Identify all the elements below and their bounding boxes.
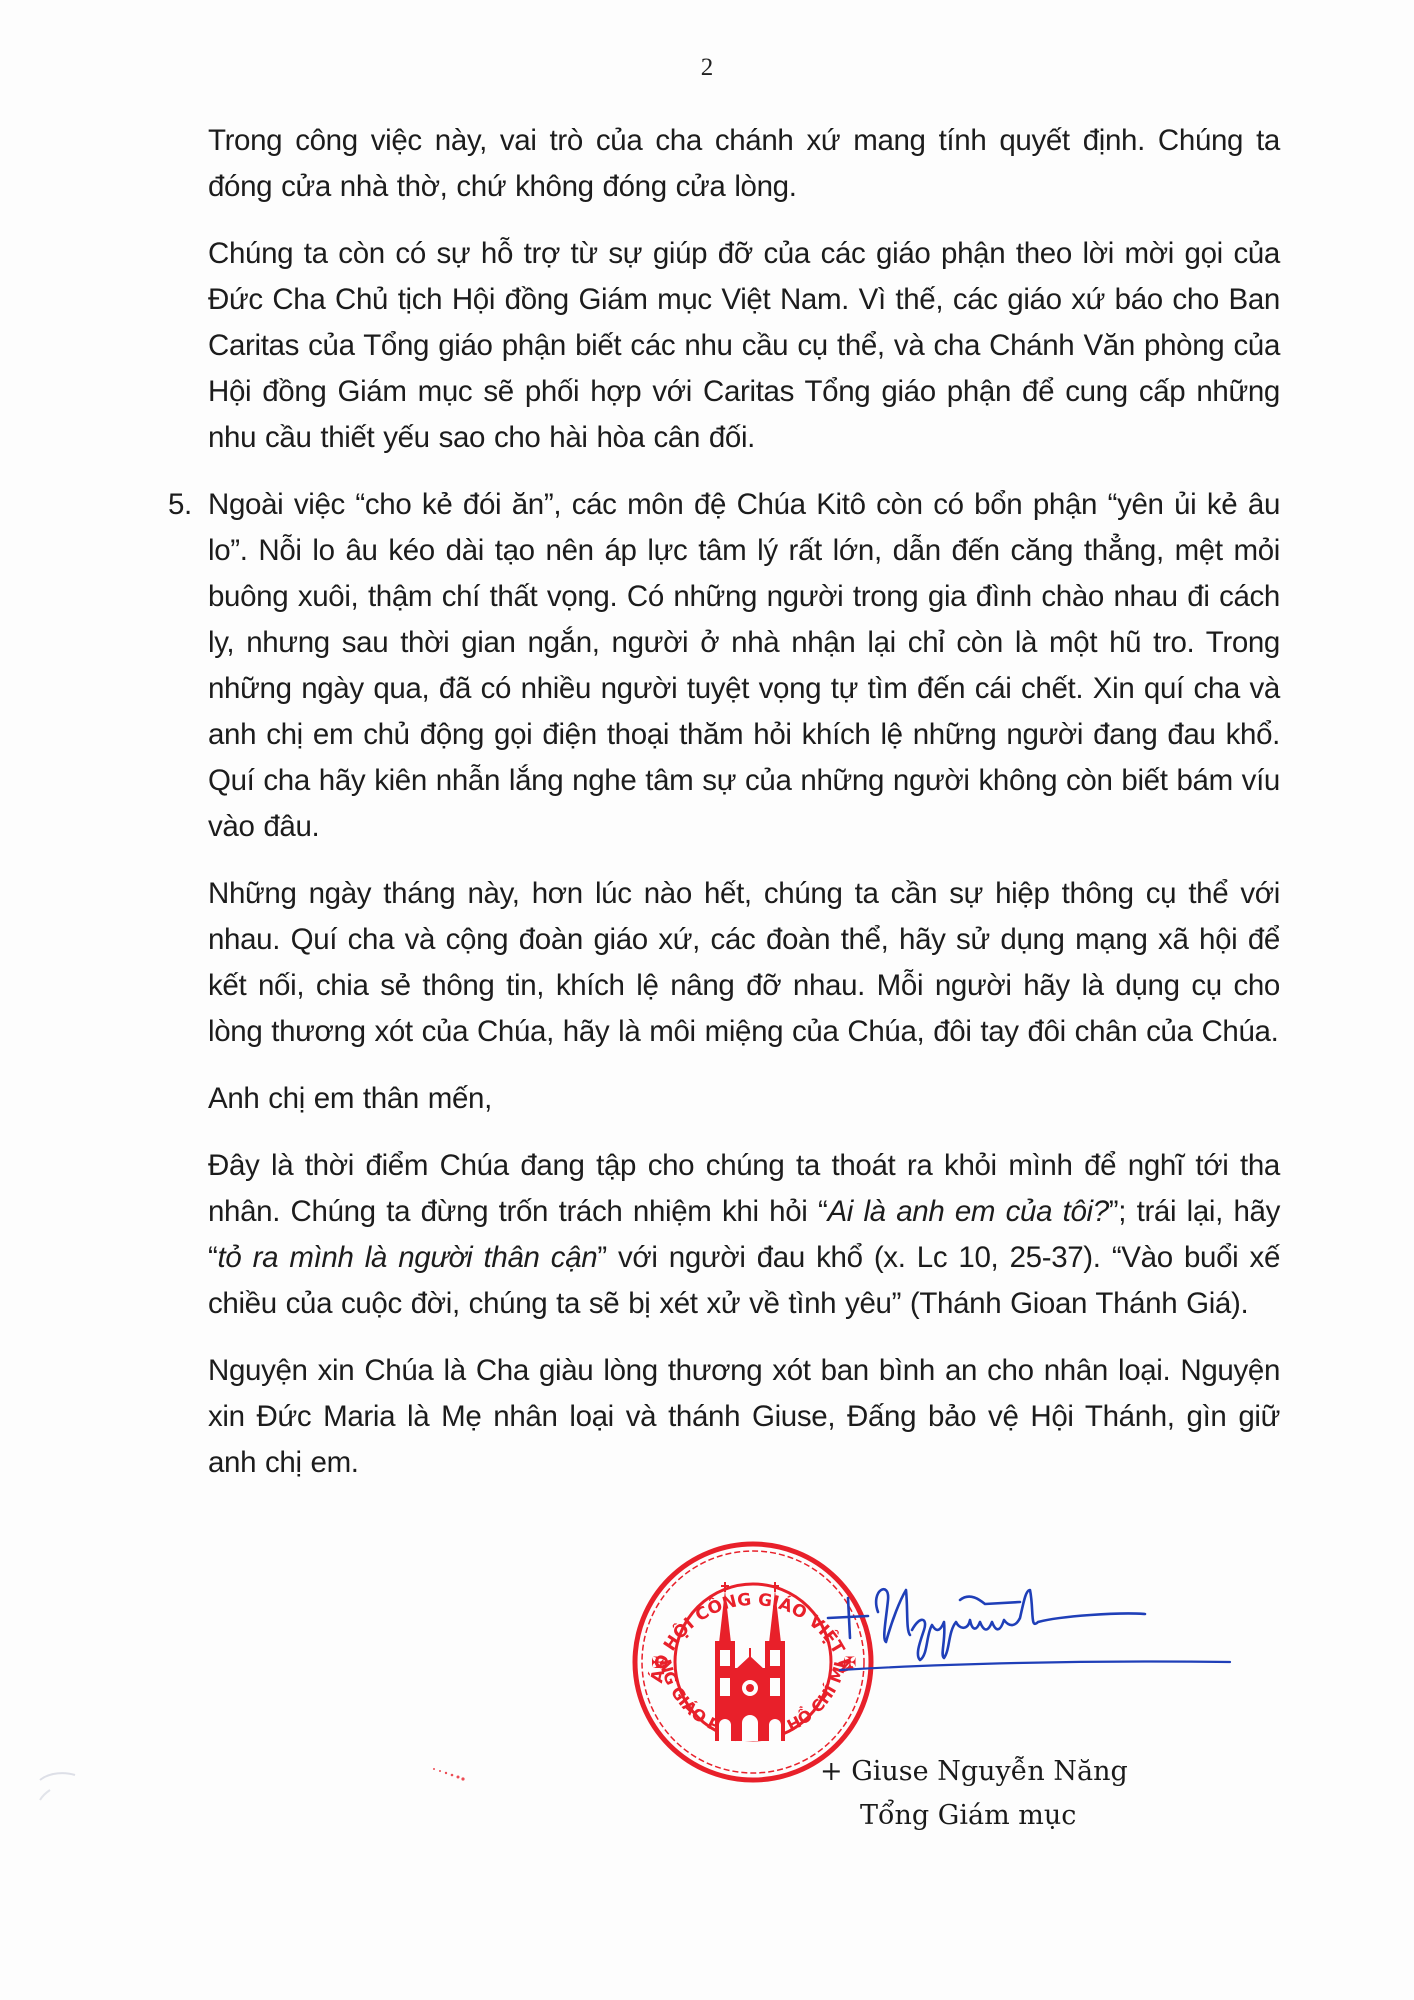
paragraph-diocese-support: Chúng ta còn có sự hỗ trợ từ sự giúp đỡ … [208,231,1280,461]
salutation: Anh chị em thân mến, [208,1076,1280,1122]
signer-title: Tổng Giám mục [820,1794,1128,1838]
item-text: Ngoài việc “cho kẻ đói ăn”, các môn đệ C… [208,488,1280,843]
numbered-item-5: 5. Ngoài việc “cho kẻ đói ăn”, các môn đ… [208,482,1280,850]
signer-block: + Giuse Nguyễn Năng Tổng Giám mục [820,1750,1128,1838]
item-number: 5. [168,482,192,528]
italic-quote: Ai là anh em của tôi? [827,1195,1108,1228]
handwritten-signature [820,1560,1250,1680]
paragraph-neighbor: Đây là thời điểm Chúa đang tập cho chúng… [208,1143,1280,1327]
italic-quote: tỏ ra mình là người thân cận [217,1241,597,1274]
paragraph-parish-priest-role: Trong công việc này, vai trò của cha chá… [208,118,1280,210]
scan-smudge [35,1770,85,1820]
seal-cross-left-icon: ✠ [651,1653,664,1672]
paragraph-communion: Những ngày tháng này, hơn lúc nào hết, c… [208,871,1280,1055]
letter-body: Trong công việc này, vai trò của cha chá… [208,118,1280,1507]
paragraph-closing-prayer: Nguyện xin Chúa là Cha giàu lòng thương … [208,1348,1280,1486]
scan-speck [430,1765,470,1785]
page-number: 2 [0,54,1414,82]
signer-name: + Giuse Nguyễn Năng [820,1750,1128,1794]
document-page: 2 Trong công việc này, vai trò của cha c… [0,0,1414,2000]
